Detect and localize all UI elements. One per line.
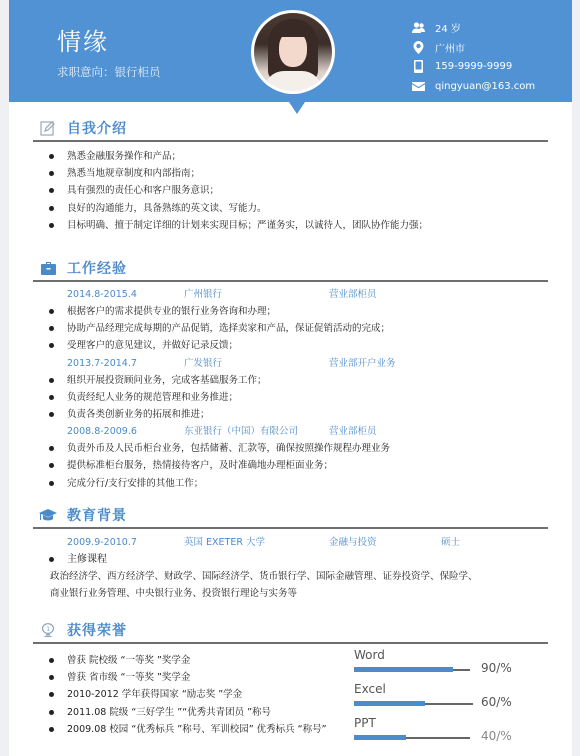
contact-age: 24 岁	[409, 18, 535, 38]
skill-percent: 90/%	[481, 661, 512, 675]
skill-percent: 60/%	[481, 695, 512, 709]
list-item: 负责经纪人业务的规范管理和业务推进；	[33, 389, 548, 406]
skill-name: PPT	[354, 715, 554, 731]
section-education: 教育背景 2009.9-2010.7 英国 EXETER 大学 金融与投资 硕士…	[33, 503, 548, 602]
avatar	[251, 10, 335, 94]
section-header: 1 获得荣誉	[33, 618, 548, 644]
job-duties: 负责外币及人民币柜台业务，包括储蓄、汇款等，确保按照操作规程办理业务 提供标准柜…	[33, 440, 548, 492]
user-icon	[409, 22, 427, 34]
list-item: 根据客户的需求提供专业的银行业务咨询和办理；	[33, 303, 548, 320]
list-item: 目标明确、擅于制定详细的计划来实现目标；严谨务实，以诚待人，团队协作能力强；	[33, 217, 548, 234]
list-item: 熟悉金融服务操作和产品；	[33, 148, 548, 165]
job-intent: 求职意向：银行柜员	[57, 64, 161, 80]
skill-bar-excel: 60/%	[354, 697, 554, 713]
section-title: 教育背景	[67, 505, 127, 525]
course-list: 主修课程	[33, 551, 548, 568]
edit-icon	[39, 119, 57, 137]
list-item: 具有强烈的责任心和客户服务意识；	[33, 182, 548, 199]
contact-list: 24 岁 广州市 159-9999-9999 qingyuan@163.com	[409, 18, 535, 96]
section-header: 教育背景	[33, 503, 548, 529]
list-item: 良好的沟通能力，具备熟练的英文读、写能力。	[33, 200, 548, 217]
job-duties: 根据客户的需求提供专业的银行业务咨询和办理； 协助产品经理完成每期的产品促销，选…	[33, 303, 548, 355]
section-header: 工作经验	[33, 256, 548, 282]
trophy-icon: 1	[39, 621, 57, 639]
resume-page: 情缘 求职意向：银行柜员 24 岁 广州市	[9, 0, 572, 756]
job-header: 2008.8-2009.6 东亚银行（中国）有限公司 营业部柜员	[33, 423, 548, 440]
skill-name: Word	[354, 647, 554, 663]
section-title: 获得荣誉	[67, 620, 127, 640]
skill-name: Excel	[354, 681, 554, 697]
list-item: 主修课程	[33, 551, 548, 568]
header-banner: 情缘 求职意向：银行柜员 24 岁 广州市	[9, 0, 572, 102]
section-intro: 自我介绍 熟悉金融服务操作和产品； 熟悉当地规章制度和内部指南； 具有强烈的责任…	[33, 116, 548, 234]
job-header: 2013.7-2014.7 广发银行 营业部开户业务	[33, 355, 548, 372]
list-item: 组织开展投资顾问业务，完成客基础服务工作；	[33, 372, 548, 389]
list-item: 完成分行/支行安排的其他工作；	[33, 475, 548, 492]
header-pointer	[289, 102, 305, 114]
list-item: 受理客户的意见建议，并做好记录反馈；	[33, 337, 548, 354]
phone-icon	[409, 60, 427, 73]
profile-photo	[254, 13, 332, 91]
graduation-cap-icon	[39, 506, 57, 524]
applicant-name: 情缘	[57, 22, 109, 57]
list-item: 协助产品经理完成每期的产品促销，选择卖家和产品，保证促销活动的完成；	[33, 320, 548, 337]
intro-list: 熟悉金融服务操作和产品； 熟悉当地规章制度和内部指南； 具有强烈的责任心和客户服…	[33, 148, 548, 234]
skills-panel: Word 90/% Excel 60/% PPT 40/%	[354, 647, 554, 747]
section-header: 自我介绍	[33, 116, 548, 142]
contact-city: 广州市	[409, 38, 535, 58]
list-item: 熟悉当地规章制度和内部指南；	[33, 165, 548, 182]
briefcase-icon	[39, 259, 57, 277]
skill-bar-ppt: 40/%	[354, 731, 554, 747]
location-icon	[409, 41, 427, 54]
skill-bar-word: 90/%	[354, 663, 554, 679]
section-title: 自我介绍	[67, 118, 127, 138]
list-item: 负责各类创新业务的拓展和推进；	[33, 406, 548, 423]
svg-text:1: 1	[46, 626, 50, 633]
job-header: 2014.8-2015.4 广州银行 营业部柜员	[33, 286, 548, 303]
skill-percent: 40/%	[481, 729, 512, 743]
job-duties: 组织开展投资顾问业务，完成客基础服务工作； 负责经纪人业务的规范管理和业务推进；…	[33, 372, 548, 424]
list-item: 提供标准柜台服务，热情接待客户，及时准确地办理柜面业务；	[33, 457, 548, 474]
contact-email: qingyuan@163.com	[409, 77, 535, 97]
contact-phone: 159-9999-9999	[409, 57, 535, 77]
section-title: 工作经验	[67, 258, 127, 278]
course-text: 政治经济学、西方经济学、财政学、国际经济学、货币银行学、国际金融管理、证券投资学…	[33, 568, 548, 602]
education-header: 2009.9-2010.7 英国 EXETER 大学 金融与投资 硕士	[33, 534, 548, 551]
list-item: 负责外币及人民币柜台业务，包括储蓄、汇款等，确保按照操作规程办理业务	[33, 440, 548, 457]
mail-icon	[409, 82, 427, 91]
section-work: 工作经验 2014.8-2015.4 广州银行 营业部柜员 根据客户的需求提供专…	[33, 256, 548, 492]
